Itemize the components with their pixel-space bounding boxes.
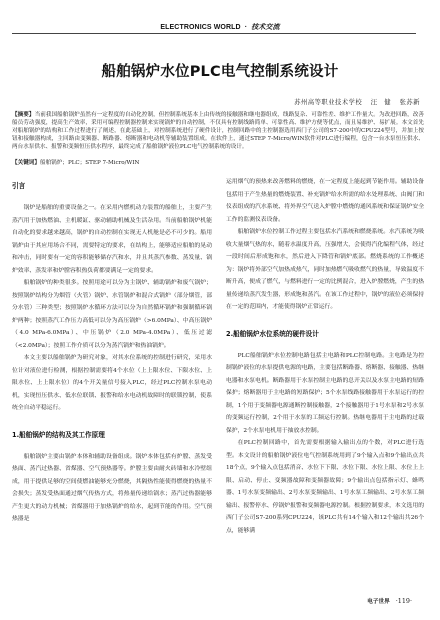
running-head-separator: · (245, 24, 247, 31)
intro-paragraph-2: 船舶锅炉的种类很多。按照用途可以分为主锅炉、辅助锅炉和废气锅炉；按照锅炉结构分为… (12, 277, 212, 352)
page-footer: 电子世界 ·119· (367, 597, 412, 605)
section-1-heading: 1.船舶锅炉的结构及其工作原理 (12, 429, 212, 441)
keywords-label: 【关键词】 (12, 160, 40, 166)
intro-paragraph-1: 锅炉是船舶的重要设备之一。在采用内燃机动力装置的船舶上，主要产生蒸汽用于加热燃油… (12, 202, 212, 277)
intro-heading: 引言 (12, 180, 212, 192)
author-2: 张苏新 (400, 99, 420, 106)
running-head: ELECTRONICS WORLD · 技术交流 (0, 22, 440, 32)
journal-name-en: ELECTRONICS WORLD (160, 24, 240, 31)
right-column: 运用烟气的预热来改善燃料的燃烧，在一定程度上能起到节能作用。辅助设备包括用于产生… (226, 176, 424, 537)
abstract-text: 当前我国船舶锅炉虽然有一定程度的自动化控制，但控制系统基本上由传统的接触器和继电… (12, 112, 424, 150)
journal-name-zh: 电子世界 (367, 599, 389, 605)
process-paragraph: 船舶锅炉水位控制工作过程主要包括水汽系统和燃烧系统。水汽系统为吸收大量烟气热的水… (226, 226, 424, 314)
keywords: 【关键词】船舶锅炉；PLC；STEP 7-Micro/WIN (12, 159, 424, 167)
author-line: 苏州高等职业技术学校 汪 健 张苏新 (294, 97, 420, 106)
section-2-paragraph-1: PLC船舶锅炉水位控制电路包括主电路和PLC控制电路。主电路是为控制锅炉液位的水… (226, 350, 424, 438)
affiliation: 苏州高等职业技术学校 (294, 99, 362, 106)
section-1-paragraph-1: 船舶锅炉主要由锅炉本体和辅助设备组成。锅炉本体包括有炉膛、蒸发受热面、蒸汽过热器… (12, 451, 212, 526)
abstract: 【摘要】当前我国船舶锅炉虽然有一定程度的自动化控制，但控制系统基本上由传统的接触… (12, 111, 424, 151)
author-1: 汪 健 (371, 99, 391, 106)
intro-paragraph-3: 本文主要以船舶锅炉为研究对象，对其水位系统的控制进行研究，采用水位计对液位进行检… (12, 352, 212, 415)
page-number: ·119· (396, 597, 412, 605)
section-2-paragraph-2: 在PLC控制回路中，首先需要根据输入输出点的个数，对PLC进行选型。本文设计的船… (226, 437, 424, 537)
header-rule (12, 33, 416, 34)
article-title: 船舶锅炉水位PLC电气控制系统设计 (0, 60, 440, 81)
keywords-text: 船舶锅炉；PLC；STEP 7-Micro/WIN (40, 160, 139, 166)
abstract-label: 【摘要】 (12, 112, 35, 118)
section-2-heading: 2.船舶锅炉水位系统的硬件设计 (226, 328, 424, 340)
left-column: 引言 锅炉是船舶的重要设备之一。在采用内燃机动力装置的船舶上，主要产生蒸汽用于加… (12, 180, 212, 526)
continued-paragraph: 运用烟气的预热来改善燃料的燃烧，在一定程度上能起到节能作用。辅助设备包括用于产生… (226, 176, 424, 226)
section-label: 技术交流 (251, 24, 279, 31)
